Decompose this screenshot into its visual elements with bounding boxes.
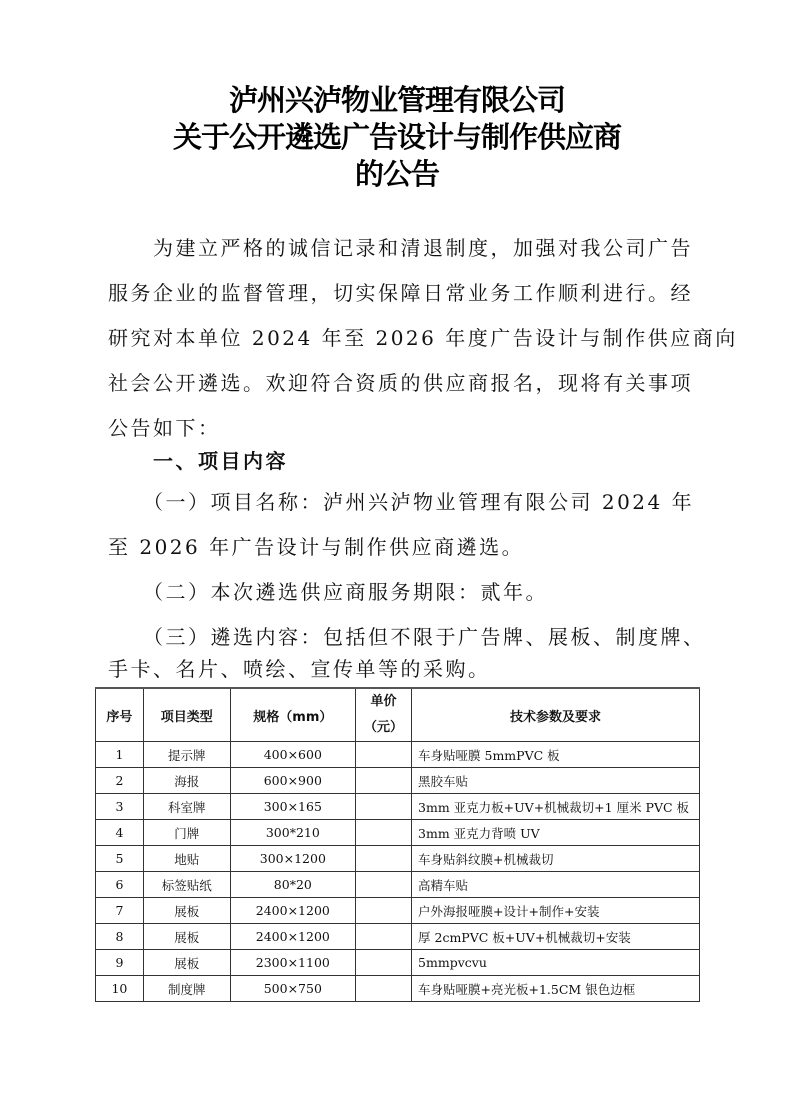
cell-price — [356, 950, 412, 976]
table-header-row: 序号 项目类型 规格（mm） 单价（元） 技术参数及要求 — [96, 688, 700, 742]
item-3-line-1: （三）遴选内容：包括但不限于广告牌、展板、制度牌、 — [108, 627, 678, 647]
cell-requirements: 车身贴斜纹膜+机械裁切 — [412, 846, 700, 872]
cell-requirements: 户外海报哑膜+设计+制作+安装 — [412, 898, 700, 924]
header-price: 单价（元） — [356, 688, 412, 742]
table-row: 1 提示牌 400×600 车身贴哑膜 5mmPVC 板 — [96, 742, 700, 768]
table-row: 6 标签贴纸 80*20 高精车贴 — [96, 872, 700, 898]
cell-price — [356, 846, 412, 872]
cell-price — [356, 794, 412, 820]
document-title-line-2: 关于公开遴选广告设计与制作供应商 — [0, 119, 794, 155]
document-title-line-3: 的公告 — [0, 156, 794, 192]
table-row: 4 门牌 300*210 3mm 亚克力背喷 UV — [96, 820, 700, 846]
intro-line-2: 服务企业的监督管理，切实保障日常业务工作顺利进行。经 — [108, 283, 678, 303]
header-type: 项目类型 — [143, 688, 230, 742]
cell-spec: 2300×1100 — [230, 950, 356, 976]
header-spec: 规格（mm） — [230, 688, 356, 742]
table-row: 10 制度牌 500×750 车身贴哑膜+亮光板+1.5CM 银色边框 — [96, 976, 700, 1002]
cell-requirements: 3mm 亚克力背喷 UV — [412, 820, 700, 846]
cell-spec: 300*210 — [230, 820, 356, 846]
cell-price — [356, 768, 412, 794]
cell-requirements: 车身贴哑膜 5mmPVC 板 — [412, 742, 700, 768]
cell-spec: 500×750 — [230, 976, 356, 1002]
cell-spec: 80*20 — [230, 872, 356, 898]
intro-line-3: 研究对本单位 2024 年至 2026 年度广告设计与制作供应商向 — [108, 328, 678, 348]
table-row: 3 科室牌 300×165 3mm 亚克力板+UV+机械裁切+1 厘米 PVC … — [96, 794, 700, 820]
cell-requirements: 厚 2cmPVC 板+UV+机械裁切+安装 — [412, 924, 700, 950]
cell-price — [356, 976, 412, 1002]
cell-price — [356, 820, 412, 846]
cell-no: 9 — [96, 950, 144, 976]
cell-spec: 300×1200 — [230, 846, 356, 872]
cell-spec: 600×900 — [230, 768, 356, 794]
cell-type: 门牌 — [143, 820, 230, 846]
cell-no: 10 — [96, 976, 144, 1002]
cell-type: 科室牌 — [143, 794, 230, 820]
intro-line-1: 为建立严格的诚信记录和清退制度，加强对我公司广告 — [108, 238, 678, 258]
cell-spec: 400×600 — [230, 742, 356, 768]
table-row: 9 展板 2300×1100 5mmpvcvu — [96, 950, 700, 976]
cell-price — [356, 742, 412, 768]
cell-no: 6 — [96, 872, 144, 898]
cell-price — [356, 898, 412, 924]
table-row: 2 海报 600×900 黑胶车贴 — [96, 768, 700, 794]
header-price-line-1: 单价 — [371, 694, 397, 709]
cell-no: 2 — [96, 768, 144, 794]
item-1-line-2: 至 2026 年广告设计与制作供应商遴选。 — [108, 537, 678, 557]
cell-requirements: 黑胶车贴 — [412, 768, 700, 794]
cell-requirements: 车身贴哑膜+亮光板+1.5CM 银色边框 — [412, 976, 700, 1002]
cell-requirements: 高精车贴 — [412, 872, 700, 898]
cell-spec: 300×165 — [230, 794, 356, 820]
section-heading-project-content: 一、项目内容 — [108, 451, 678, 471]
cell-type: 展板 — [143, 950, 230, 976]
cell-no: 4 — [96, 820, 144, 846]
item-3-line-2: 手卡、名片、喷绘、宣传单等的采购。 — [108, 659, 678, 679]
cell-type: 展板 — [143, 898, 230, 924]
table-row: 5 地贴 300×1200 车身贴斜纹膜+机械裁切 — [96, 846, 700, 872]
cell-price — [356, 872, 412, 898]
intro-line-4: 社会公开遴选。欢迎符合资质的供应商报名，现将有关事项 — [108, 373, 678, 393]
cell-no: 5 — [96, 846, 144, 872]
header-no: 序号 — [96, 688, 144, 742]
cell-type: 提示牌 — [143, 742, 230, 768]
cell-no: 8 — [96, 924, 144, 950]
intro-line-5: 公告如下： — [108, 418, 678, 438]
cell-type: 展板 — [143, 924, 230, 950]
cell-price — [356, 924, 412, 950]
procurement-items-table: 序号 项目类型 规格（mm） 单价（元） 技术参数及要求 1 提示牌 400×6… — [95, 687, 700, 1002]
cell-no: 3 — [96, 794, 144, 820]
cell-no: 7 — [96, 898, 144, 924]
cell-type: 地贴 — [143, 846, 230, 872]
document-title-line-1: 泸州兴泸物业管理有限公司 — [0, 82, 794, 118]
cell-type: 海报 — [143, 768, 230, 794]
cell-requirements: 3mm 亚克力板+UV+机械裁切+1 厘米 PVC 板 — [412, 794, 700, 820]
item-1-line-1: （一）项目名称：泸州兴泸物业管理有限公司 2024 年 — [108, 492, 678, 512]
header-requirements: 技术参数及要求 — [412, 688, 700, 742]
cell-no: 1 — [96, 742, 144, 768]
cell-spec: 2400×1200 — [230, 924, 356, 950]
item-2-line: （二）本次遴选供应商服务期限：贰年。 — [108, 582, 678, 602]
cell-type: 制度牌 — [143, 976, 230, 1002]
header-price-line-2: （元） — [364, 720, 403, 735]
cell-requirements: 5mmpvcvu — [412, 950, 700, 976]
table-row: 7 展板 2400×1200 户外海报哑膜+设计+制作+安装 — [96, 898, 700, 924]
cell-type: 标签贴纸 — [143, 872, 230, 898]
cell-spec: 2400×1200 — [230, 898, 356, 924]
table-row: 8 展板 2400×1200 厚 2cmPVC 板+UV+机械裁切+安装 — [96, 924, 700, 950]
